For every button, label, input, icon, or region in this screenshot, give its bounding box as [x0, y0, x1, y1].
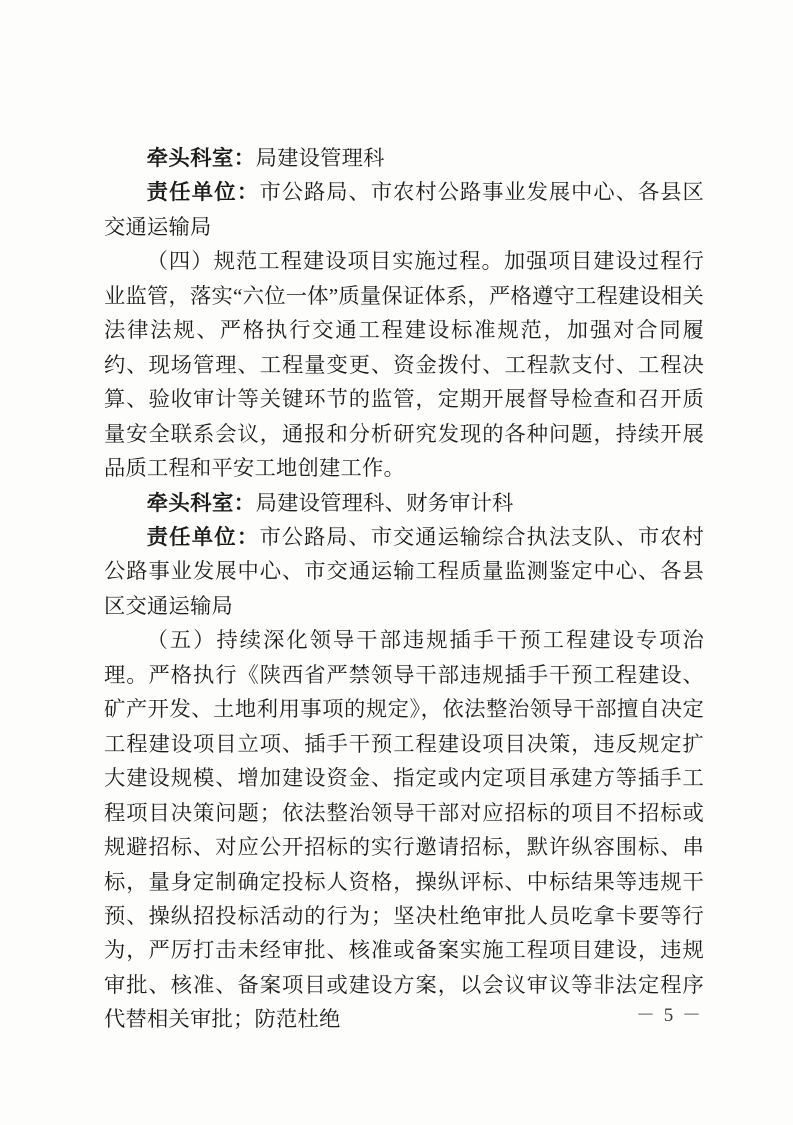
- paragraph-lead-dept-2: 牵头科室：局建设管理科、财务审计科: [104, 486, 704, 520]
- paragraph-label: 牵头科室：: [147, 146, 256, 170]
- paragraph-lead-dept-1: 牵头科室：局建设管理科: [104, 141, 704, 175]
- paragraph-text: （四）规范工程建设项目实施过程。加强项目建设过程行业监管，落实“六位一体”质量保…: [104, 249, 704, 480]
- paragraph-item-5: （五）持续深化领导干部违规插手干预工程建设专项治理。严格执行《陕西省严禁领导干部…: [104, 623, 704, 1036]
- paragraph-text: 局建设管理科: [256, 146, 385, 170]
- document-body: 牵头科室：局建设管理科 责任单位：市公路局、市农村公路事业发展中心、各县区交通运…: [104, 141, 704, 1037]
- paragraph-item-4: （四）规范工程建设项目实施过程。加强项目建设过程行业监管，落实“六位一体”质量保…: [104, 244, 704, 485]
- paragraph-resp-units-1: 责任单位：市公路局、市农村公路事业发展中心、各县区交通运输局: [104, 175, 704, 244]
- paragraph-text: 局建设管理科、财务审计科: [256, 491, 514, 515]
- paragraph-label: 责任单位：: [147, 525, 260, 549]
- paragraph-resp-units-2: 责任单位：市公路局、市交通运输综合执法支队、市农村公路事业发展中心、市交通运输工…: [104, 520, 704, 623]
- paragraph-label: 牵头科室：: [147, 491, 256, 515]
- document-page: 牵头科室：局建设管理科 责任单位：市公路局、市农村公路事业发展中心、各县区交通运…: [0, 0, 793, 1125]
- page-number: － 5 －: [636, 1000, 703, 1027]
- paragraph-text: （五）持续深化领导干部违规插手干预工程建设专项治理。严格执行《陕西省严禁领导干部…: [104, 628, 704, 1031]
- paragraph-label: 责任单位：: [147, 180, 260, 204]
